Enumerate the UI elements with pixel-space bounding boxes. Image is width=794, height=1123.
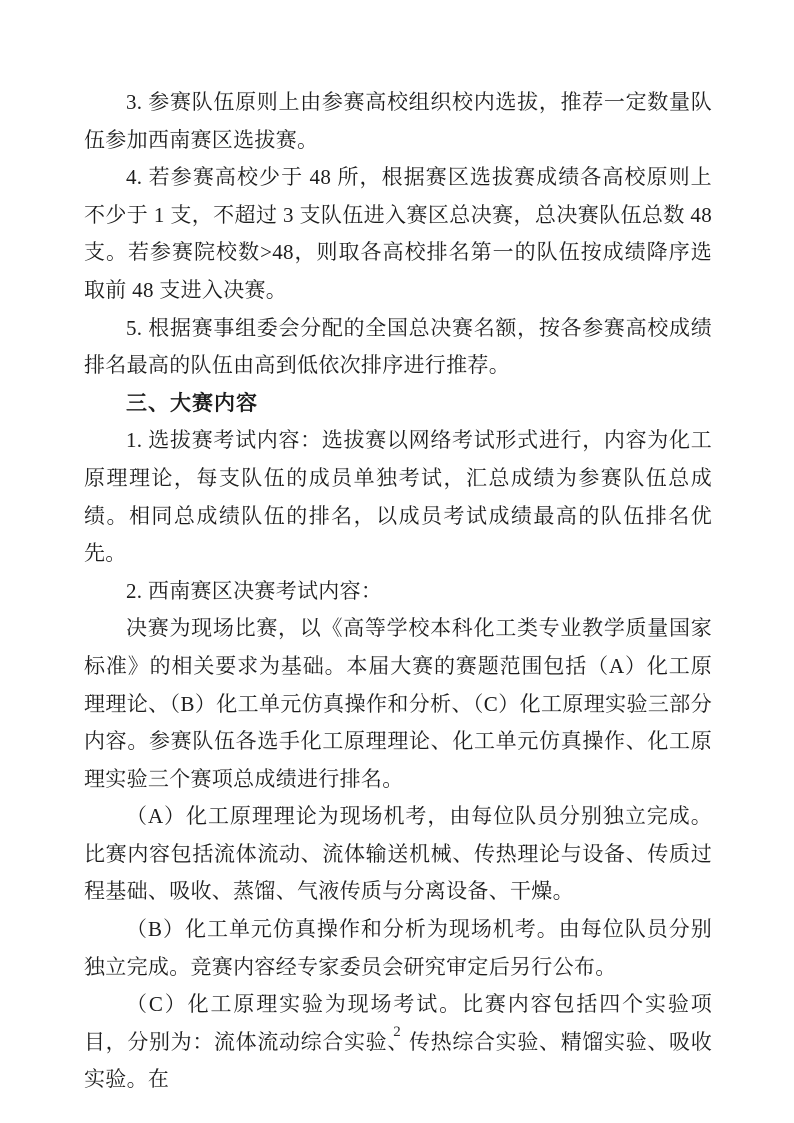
document-page: 3. 参赛队伍原则上由参赛高校组织校内选拔，推荐一定数量队伍参加西南赛区选拔赛。… (0, 0, 794, 1123)
paragraph: 3. 参赛队伍原则上由参赛高校组织校内选拔，推荐一定数量队伍参加西南赛区选拔赛。 (84, 84, 712, 159)
paragraph: 1. 选拔赛考试内容：选拔赛以网络考试形式进行，内容为化工原理理论，每支队伍的成… (84, 422, 712, 572)
paragraph: 5. 根据赛事组委会分配的全国总决赛名额，按各参赛高校成绩排名最高的队伍由高到低… (84, 310, 712, 385)
paragraph: 决赛为现场比赛，以《高等学校本科化工类专业教学质量国家标准》的相关要求为基础。本… (84, 610, 712, 798)
page-number: 2 (0, 1022, 794, 1042)
paragraph: 4. 若参赛高校少于 48 所，根据赛区选拔赛成绩各高校原则上不少于 1 支，不… (84, 159, 712, 309)
paragraph: （C）化工原理实验为现场考试。比赛内容包括四个实验项目，分别为：流体流动综合实验… (84, 986, 712, 1099)
paragraph: （A）化工原理理论为现场机考，由每位队员分别独立完成。比赛内容包括流体流动、流体… (84, 798, 712, 911)
document-body: 3. 参赛队伍原则上由参赛高校组织校内选拔，推荐一定数量队伍参加西南赛区选拔赛。… (84, 84, 712, 1099)
paragraph: （B）化工单元仿真操作和分析为现场机考。由每位队员分别独立完成。竞赛内容经专家委… (84, 911, 712, 986)
paragraph: 2. 西南赛区决赛考试内容： (84, 573, 712, 611)
section-heading: 三、大赛内容 (84, 385, 712, 423)
